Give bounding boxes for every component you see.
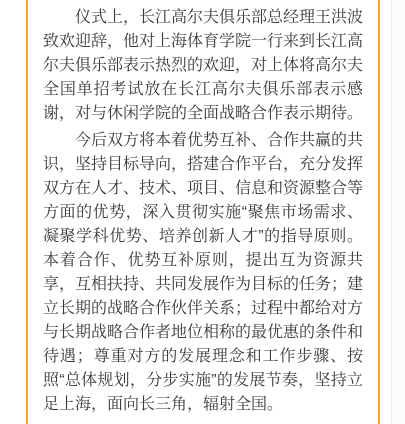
paragraph: 今后双方将本着优势互补、合作共赢的共识，坚持目标导向，搭建合作平台，充分发挥双方…: [43, 129, 363, 417]
article-page: 仪式上，长江高尔夫俱乐部总经理王洪波致欢迎辞，他对上海体育学院一行来到长江高尔夫…: [0, 0, 405, 424]
article-body: 仪式上，长江高尔夫俱乐部总经理王洪波致欢迎辞，他对上海体育学院一行来到长江高尔夫…: [43, 6, 363, 420]
right-accent-border: [378, 0, 380, 424]
left-accent-border: [26, 0, 28, 424]
right-gutter: [391, 0, 405, 424]
paragraph: 仪式上，长江高尔夫俱乐部总经理王洪波致欢迎辞，他对上海体育学院一行来到长江高尔夫…: [43, 6, 363, 126]
